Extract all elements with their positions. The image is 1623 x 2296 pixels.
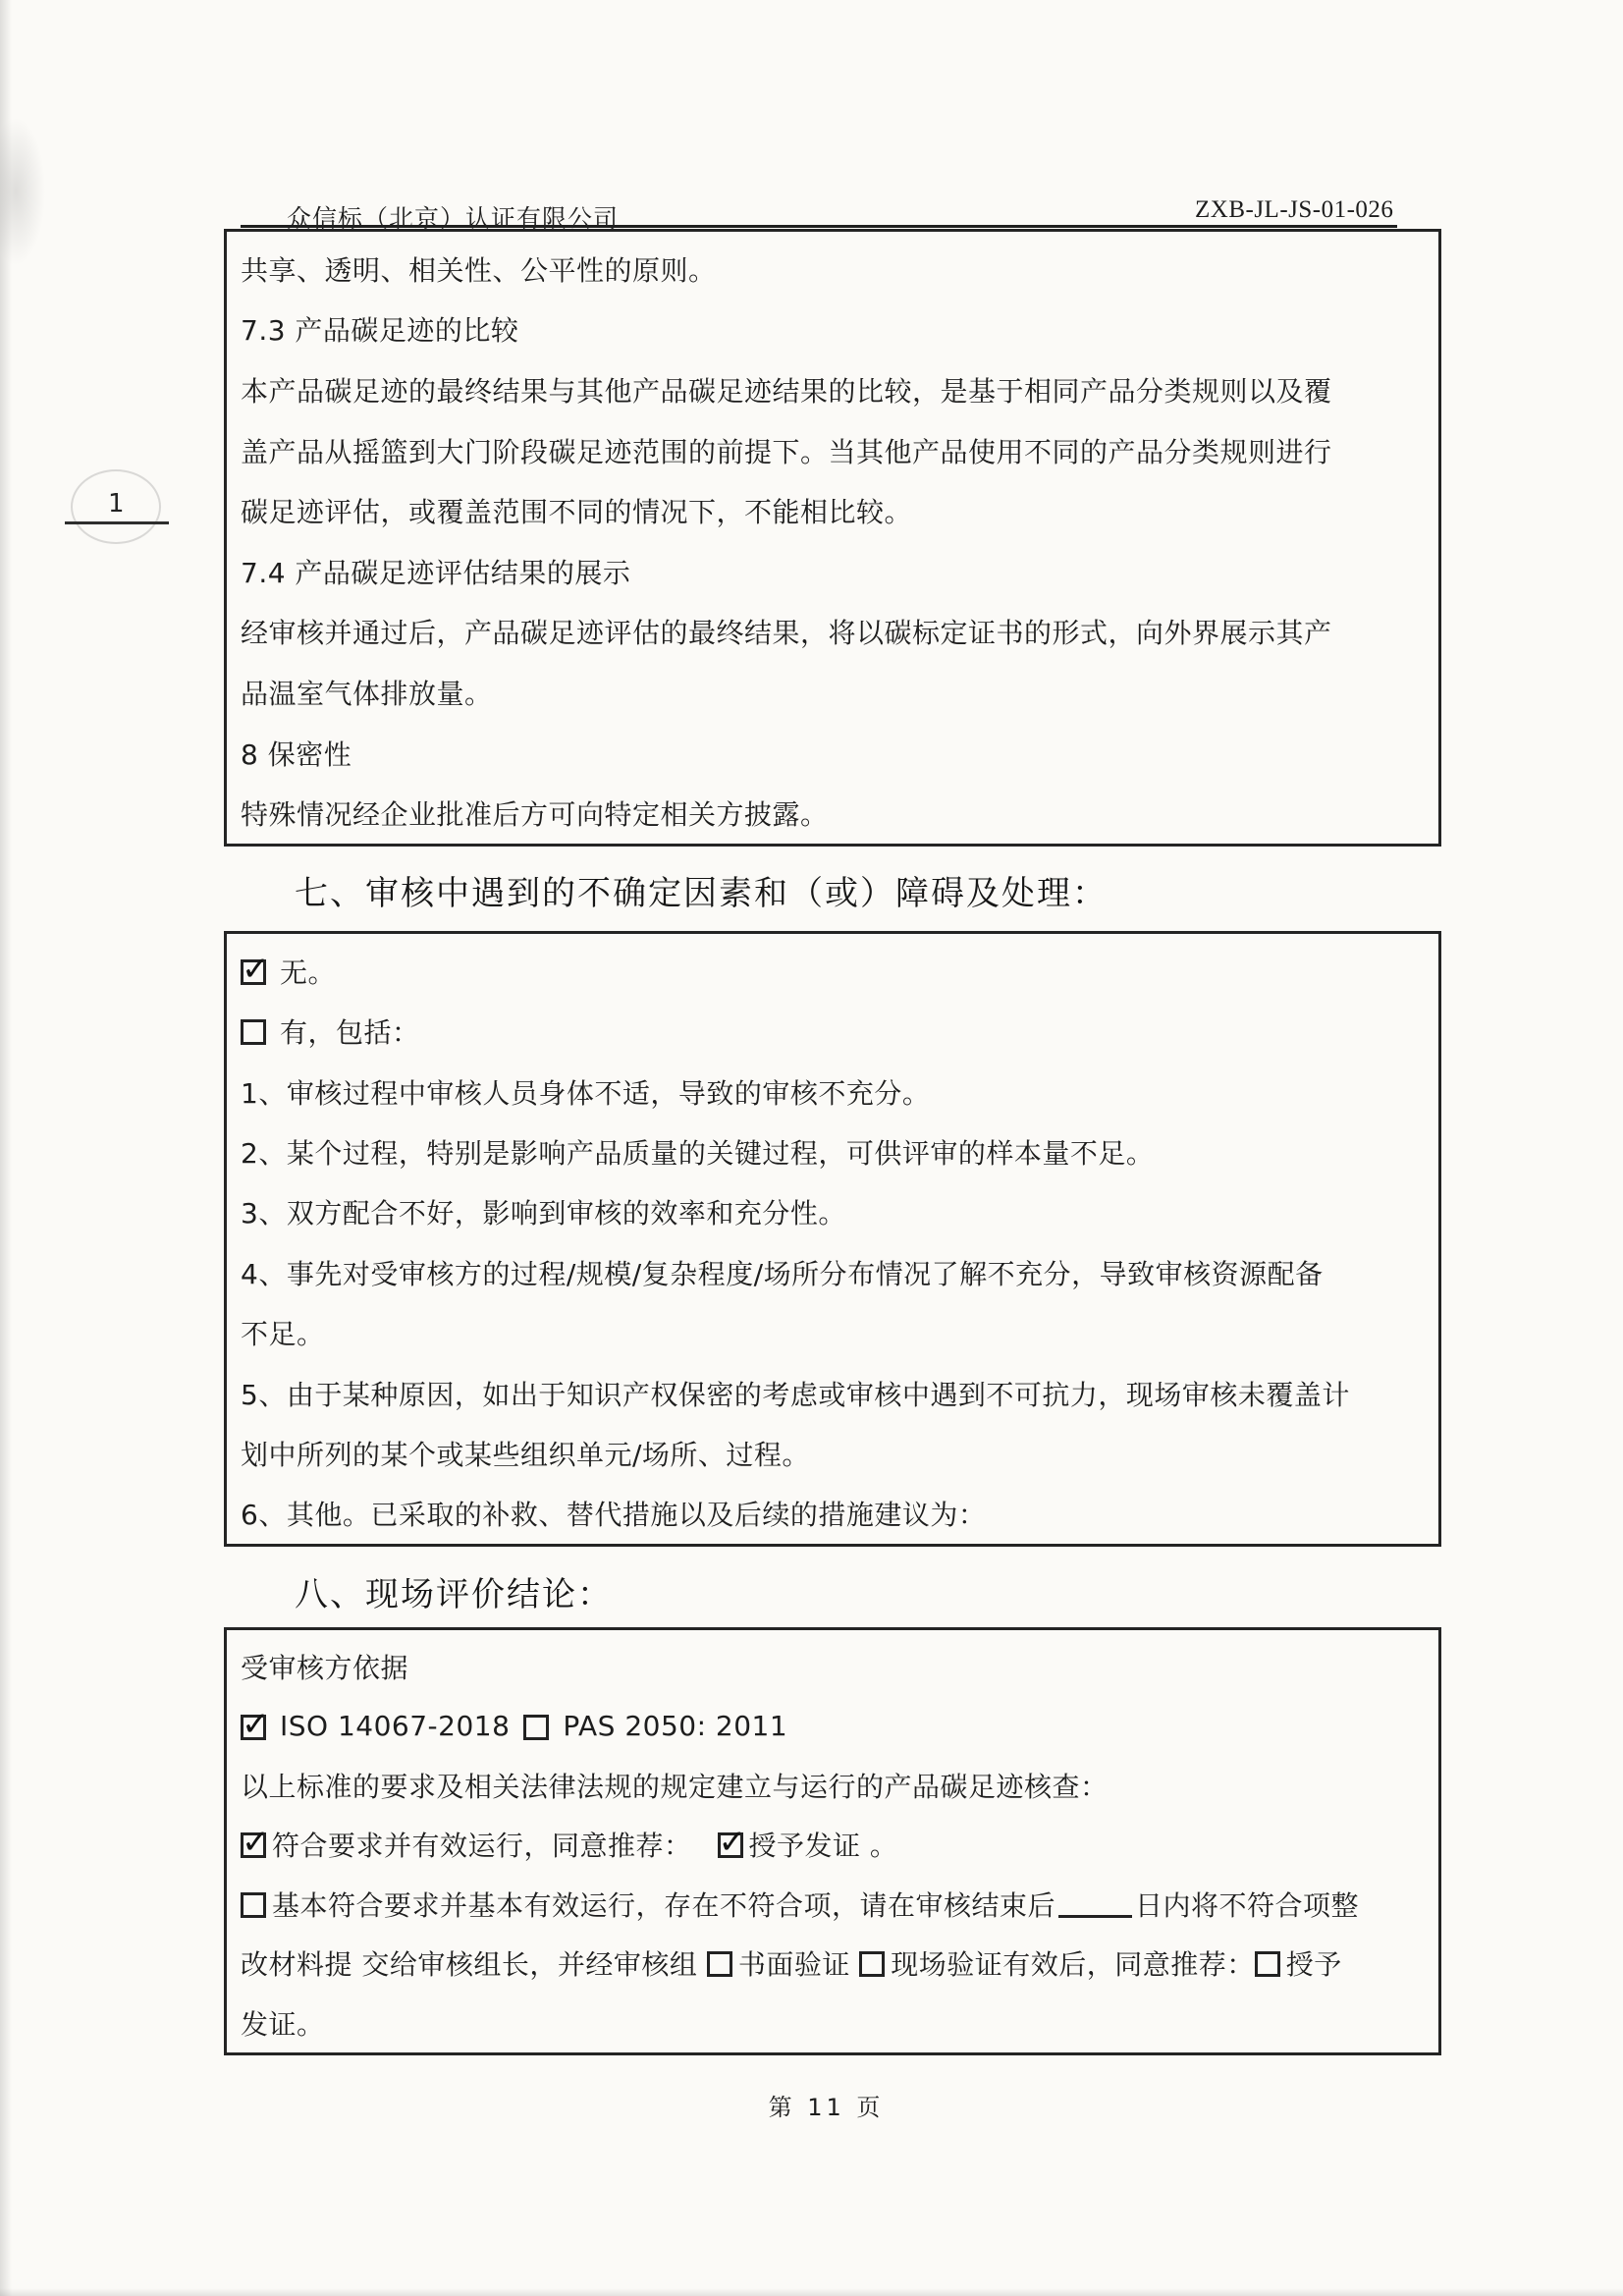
text-segment: 4、事先对受审核方的过程/规模/复杂程度/场所分布情况了解不充分，导致审核资源配… <box>241 1253 1324 1292</box>
text-line: 5、由于某种原因，如出于知识产权保密的考虑或审核中遇到不可抗力，现场审核未覆盖计 <box>241 1363 1425 1423</box>
text-segment: 碳足迹评估，或覆盖范围不同的情况下，不能相比较。 <box>241 491 912 530</box>
header-rule <box>241 225 1397 228</box>
text-line: 本产品碳足迹的最终结果与其他产品碳足迹结果的比较，是基于相同产品分类规则以及覆 <box>241 359 1425 420</box>
text-segment: 有，包括： <box>280 1011 420 1051</box>
text-line: 发证。 <box>241 1994 1425 2052</box>
text-segment: 发证。 <box>241 2003 325 2043</box>
text-segment: 7.3 产品碳足迹的比较 <box>241 309 518 349</box>
checkbox-checked-icon <box>241 959 266 985</box>
text-segment: 3、双方配合不好，影响到审核的效率和充分性。 <box>241 1192 846 1231</box>
text-segment: 基本符合要求并基本有效运行，存在不符合项，请在审核结束后 <box>272 1885 1055 1924</box>
text-segment: 以上标准的要求及相关法律法规的规定建立与运行的产品碳足迹核查： <box>241 1766 1109 1805</box>
text-segment: 盖产品从摇篮到大门阶段碳足迹范围的前提下。当其他产品使用不同的产品分类规则进行 <box>241 431 1332 470</box>
text-segment: 品温室气体排放量。 <box>241 673 493 712</box>
scan-edge-shadow-bottom <box>0 2288 1623 2296</box>
checkbox-empty-icon <box>241 1019 266 1045</box>
text-line: 6、其他。已采取的补救、替代措施以及后续的措施建议为： <box>241 1484 1425 1544</box>
header-doc-code: ZXB-JL-JS-01-026 <box>1195 196 1393 224</box>
spacer <box>555 1725 563 1726</box>
uncertainty-factors-box: 无。有，包括：1、审核过程中审核人员身体不适，导致的审核不充分。2、某个过程，特… <box>224 931 1441 1547</box>
text-line: 有，包括： <box>241 1001 1425 1061</box>
text-segment: 划中所列的某个或某些组织单元/场所、过程。 <box>241 1434 810 1473</box>
text-line: 7.4 产品碳足迹评估结果的展示 <box>241 541 1425 602</box>
blank-underline <box>1058 1915 1132 1918</box>
text-line: 受审核方依据 <box>241 1637 1425 1696</box>
text-line: 符合要求并有效运行，同意推荐：授予发证 。 <box>241 1815 1425 1874</box>
spacer <box>692 1844 718 1845</box>
text-line: 划中所列的某个或某些组织单元/场所、过程。 <box>241 1423 1425 1483</box>
text-line: 以上标准的要求及相关法律法规的规定建立与运行的产品碳足迹核查： <box>241 1756 1425 1815</box>
margin-underline <box>65 521 169 524</box>
checkbox-checked-icon <box>241 1715 266 1740</box>
text-segment: 8 保密性 <box>241 734 352 773</box>
checkbox-empty-icon <box>523 1715 549 1740</box>
text-segment: 经审核并通过后，产品碳足迹评估的最终结果，将以碳标定证书的形式，向外界展示其产 <box>241 612 1332 651</box>
checkbox-empty-icon <box>1255 1951 1280 1977</box>
text-line: 1、审核过程中审核人员身体不适，导致的审核不充分。 <box>241 1062 1425 1121</box>
checkbox-empty-icon <box>707 1951 732 1977</box>
checkbox-empty-icon <box>241 1892 266 1918</box>
margin-page-digit: 1 <box>108 489 125 519</box>
text-line: 品温室气体排放量。 <box>241 662 1425 723</box>
text-segment: 日内将不符合项整 <box>1135 1885 1359 1924</box>
scan-smudge <box>0 118 45 265</box>
spacer <box>272 970 280 971</box>
text-line: 碳足迹评估，或覆盖范围不同的情况下，不能相比较。 <box>241 480 1425 541</box>
section-seven-title: 七、审核中遇到的不确定因素和（或）障碍及处理： <box>295 866 1108 914</box>
text-line: 改材料提 交给审核组长，并经审核组 书面验证 现场验证有效后，同意推荐：授予 <box>241 1934 1425 1993</box>
text-segment: 共享、透明、相关性、公平性的原则。 <box>241 249 717 289</box>
text-line: 3、双方配合不好，影响到审核的效率和充分性。 <box>241 1182 1425 1242</box>
section-7-continuation-box: 共享、透明、相关性、公平性的原则。7.3 产品碳足迹的比较本产品碳足迹的最终结果… <box>224 229 1441 847</box>
text-segment: 书面验证 <box>738 1943 859 1983</box>
onsite-conclusion-box: 受审核方依据ISO 14067-2018PAS 2050: 2011以上标准的要… <box>224 1627 1441 2055</box>
text-segment: 7.4 产品碳足迹评估结果的展示 <box>241 552 630 591</box>
section-eight-title: 八、现场评价结论： <box>295 1567 613 1615</box>
checkbox-empty-icon <box>859 1951 885 1977</box>
spacer <box>272 1031 280 1032</box>
text-line: 特殊情况经企业批准后方可向特定相关方披露。 <box>241 783 1425 844</box>
scanned-page: 众信标（北京）认证有限公司 ZXB-JL-JS-01-026 1 共享、透明、相… <box>0 0 1623 2296</box>
text-segment: 特殊情况经企业批准后方可向特定相关方披露。 <box>241 793 829 833</box>
text-segment: 6、其他。已采取的补救、替代措施以及后续的措施建议为： <box>241 1494 986 1533</box>
spacer <box>272 1725 280 1726</box>
text-line: 不足。 <box>241 1302 1425 1362</box>
page-number: 第 11 页 <box>0 2088 1623 2122</box>
text-segment: 受审核方依据 <box>241 1647 408 1686</box>
scan-edge-shadow-left <box>0 0 12 2296</box>
text-segment: 授予 <box>1286 1943 1342 1983</box>
text-line: 4、事先对受审核方的过程/规模/复杂程度/场所分布情况了解不充分，导致审核资源配… <box>241 1242 1425 1302</box>
text-line: 2、某个过程，特别是影响产品质量的关键过程，可供评审的样本量不足。 <box>241 1121 1425 1181</box>
text-segment: 本产品碳足迹的最终结果与其他产品碳足迹结果的比较，是基于相同产品分类规则以及覆 <box>241 370 1332 410</box>
text-segment: 改材料提 交给审核组长，并经审核组 <box>241 1943 707 1983</box>
checkbox-checked-icon <box>241 1832 266 1858</box>
text-line: 基本符合要求并基本有效运行，存在不符合项，请在审核结束后日内将不符合项整 <box>241 1875 1425 1934</box>
text-segment: ISO 14067-2018 <box>280 1710 510 1742</box>
text-line: 经审核并通过后，产品碳足迹评估的最终结果，将以碳标定证书的形式，向外界展示其产 <box>241 602 1425 663</box>
text-line: 盖产品从摇篮到大门阶段碳足迹范围的前提下。当其他产品使用不同的产品分类规则进行 <box>241 420 1425 481</box>
text-line: 8 保密性 <box>241 723 1425 784</box>
text-segment: 不足。 <box>241 1313 325 1352</box>
checkbox-checked-icon <box>718 1832 743 1858</box>
text-segment: 1、审核过程中审核人员身体不适，导致的审核不充分。 <box>241 1072 930 1112</box>
text-line: 共享、透明、相关性、公平性的原则。 <box>241 239 1425 300</box>
text-line: 无。 <box>241 941 1425 1001</box>
text-segment: 授予发证 。 <box>749 1825 898 1864</box>
spacer <box>510 1725 523 1726</box>
text-segment: 2、某个过程，特别是影响产品质量的关键过程，可供评审的样本量不足。 <box>241 1132 1154 1172</box>
text-segment: 无。 <box>280 952 336 991</box>
text-line: ISO 14067-2018PAS 2050: 2011 <box>241 1696 1425 1755</box>
text-line: 7.3 产品碳足迹的比较 <box>241 300 1425 360</box>
text-segment: 符合要求并有效运行，同意推荐： <box>272 1825 692 1864</box>
text-segment: 5、由于某种原因，如出于知识产权保密的考虑或审核中遇到不可抗力，现场审核未覆盖计 <box>241 1374 1350 1413</box>
text-segment: 现场验证有效后，同意推荐： <box>891 1943 1255 1983</box>
text-segment: PAS 2050: 2011 <box>563 1710 787 1742</box>
